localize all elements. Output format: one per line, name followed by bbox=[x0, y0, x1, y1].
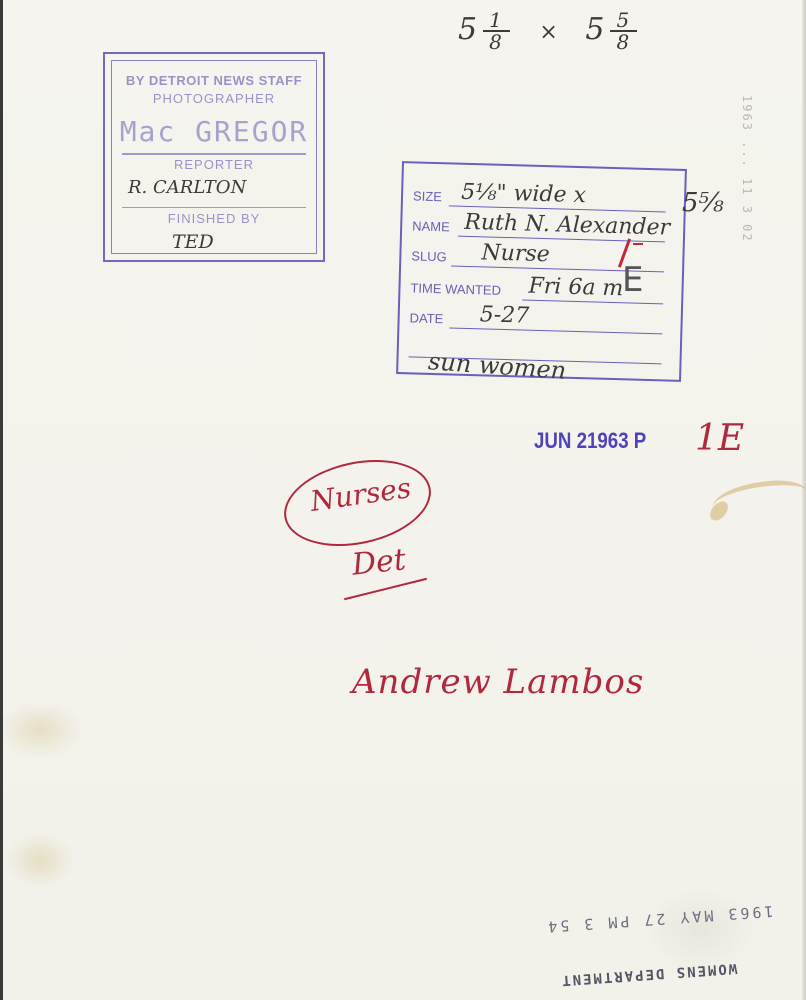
time-wanted-label: TIME WANTED bbox=[410, 280, 501, 298]
red-correction-dash bbox=[633, 243, 643, 245]
reporter-name: R. CARLTON bbox=[128, 177, 246, 198]
size-whole-1: 5 bbox=[458, 12, 479, 47]
size-value: 5⅛" wide x bbox=[461, 180, 586, 208]
size-times: × bbox=[539, 20, 559, 45]
date-label: DATE bbox=[409, 310, 443, 326]
stamp-divider bbox=[122, 153, 306, 155]
stamp-divider bbox=[122, 207, 306, 208]
size-note: 518 × 558 bbox=[458, 10, 641, 52]
stamp-finished-label: FINISHED BY bbox=[112, 211, 316, 226]
signature: Andrew Lambos bbox=[352, 662, 644, 702]
name-label: NAME bbox=[412, 218, 450, 234]
size-fraction-1: 18 bbox=[483, 10, 510, 52]
faint-edge-stamp: 1963 ... 11 3 02 bbox=[740, 95, 754, 243]
paper-left-edge bbox=[0, 0, 3, 1000]
slug-value: Nurse bbox=[481, 240, 550, 267]
photographer-stamp: BY DETROIT NEWS STAFF PHOTOGRAPHER Mac G… bbox=[103, 52, 325, 262]
slug-label: SLUG bbox=[411, 248, 447, 264]
location-annotation: Det bbox=[350, 542, 407, 582]
slug-mark: E bbox=[622, 260, 643, 300]
stamp-inner-border: BY DETROIT NEWS STAFF PHOTOGRAPHER Mac G… bbox=[111, 60, 317, 254]
date-value: 5-27 bbox=[479, 302, 529, 328]
size-fraction-2: 58 bbox=[610, 10, 637, 52]
photographer-name: Mac GREGOR bbox=[112, 115, 316, 148]
finished-by-name: TED bbox=[172, 231, 214, 253]
stamp-reporter-label: REPORTER bbox=[112, 157, 316, 172]
size-label: SIZE bbox=[413, 188, 442, 204]
size-whole-2: 5 bbox=[585, 12, 606, 47]
stamp-staff-line: BY DETROIT NEWS STAFF bbox=[112, 73, 316, 88]
received-code: 1E bbox=[695, 418, 744, 459]
size-value-continued: 5⅝ bbox=[682, 188, 724, 218]
stamp-photographer-label: PHOTOGRAPHER bbox=[112, 91, 316, 106]
received-date-stamp: JUN 21963 P bbox=[534, 428, 646, 454]
time-wanted-value: Fri 6a m bbox=[528, 274, 623, 302]
